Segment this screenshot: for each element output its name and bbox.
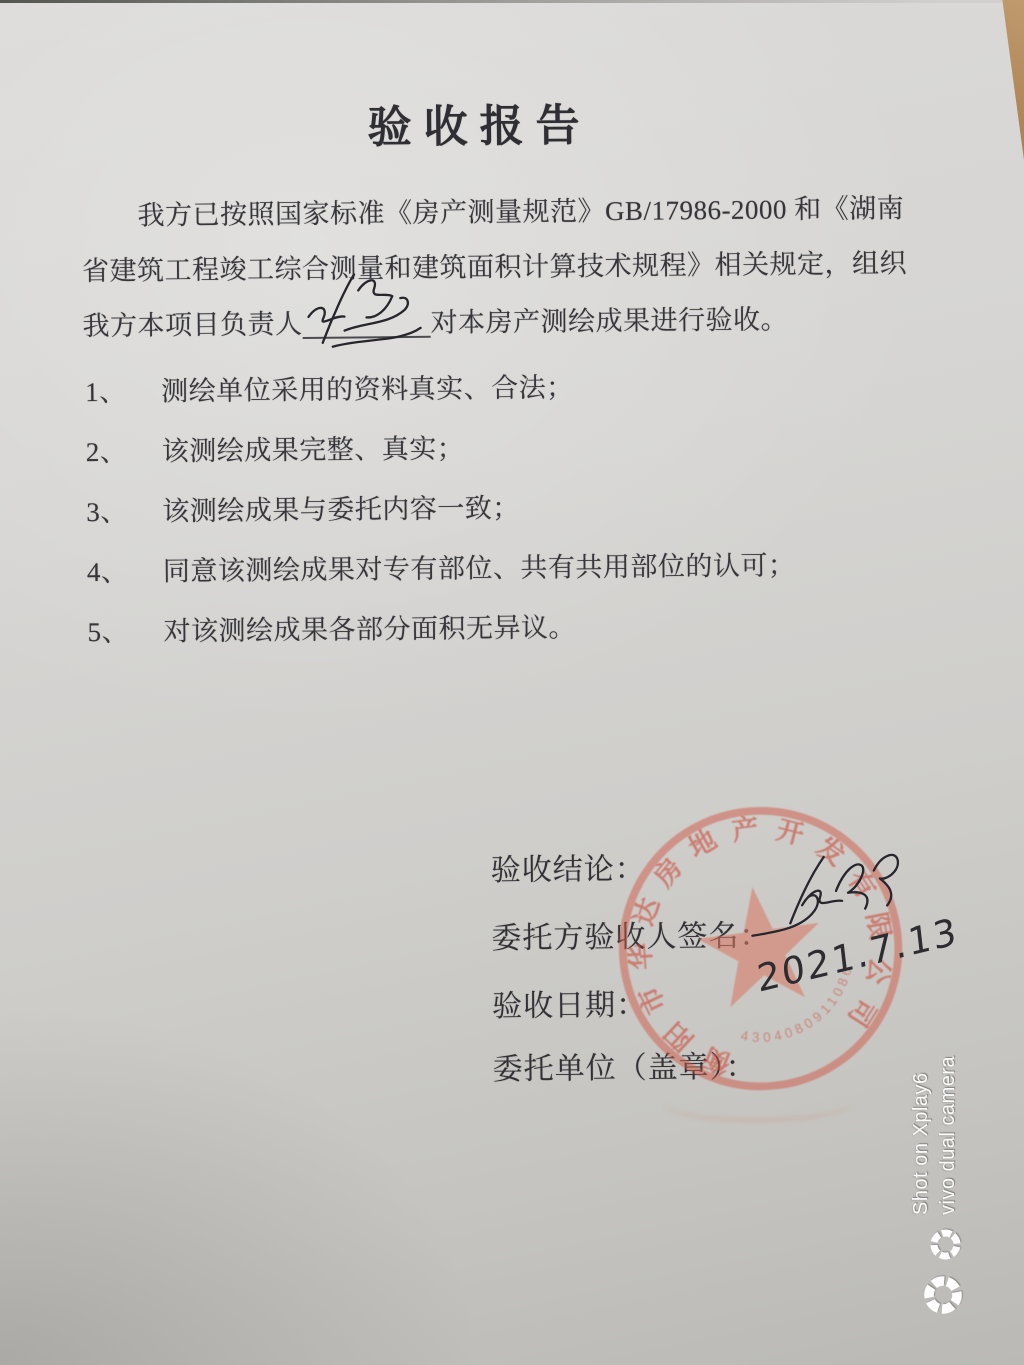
- list-item-4-number: 4、: [87, 549, 163, 589]
- watermark-line-1: Shot on Xplay6: [908, 1056, 935, 1215]
- paragraph-line-3-prefix: 我方本项目负责人: [82, 309, 302, 341]
- list-item-1: 1、测绘单位采用的资料真实、合法；: [85, 362, 925, 409]
- camera-aperture-icon-large: [922, 1274, 964, 1316]
- list-item-1-number: 1、: [85, 369, 161, 409]
- list-item-1-text: 测绘单位采用的资料真实、合法；: [161, 372, 574, 406]
- list-item-3: 3、该测绘成果与委托内容一致；: [86, 482, 926, 529]
- paragraph-line-3-suffix: 对本房产测绘成果进行验收。: [430, 304, 788, 337]
- vivo-watermark: Shot on Xplay6 vivo dual camera: [908, 986, 966, 1316]
- page-title: 验收报告: [0, 86, 965, 159]
- list-item-5-text: 对该测绘成果各部分面积无异议。: [163, 612, 576, 646]
- paragraph-line-2: 省建筑工程竣工综合测量和建筑面积计算技术规程》相关规定，组织: [82, 241, 912, 288]
- paragraph-line-1: 我方已按照国家标准《房产测量规范》GB/17986-2000 和《湖南: [81, 186, 911, 233]
- list-item-2: 2、该测绘成果完整、真实；: [86, 422, 926, 469]
- list-item-5-number: 5、: [87, 609, 163, 649]
- list-item-4: 4、同意该测绘成果对专有部位、共有共用部位的认可；: [87, 542, 927, 589]
- list-item-2-text: 该测绘成果完整、真实；: [162, 433, 465, 466]
- list-item-3-text: 该测绘成果与委托内容一致；: [162, 493, 520, 526]
- stamp-ghost-smudge: [664, 1082, 854, 1124]
- watermark-line-2: vivo dual camera: [935, 1056, 962, 1215]
- camera-aperture-icon-small: [928, 1227, 963, 1262]
- list-item-5: 5、对该测绘成果各部分面积无异议。: [87, 602, 927, 649]
- paragraph-line-3: 我方本项目负责人 对本房产测绘成果进行验收。: [82, 296, 912, 343]
- acceptance-report-document: 验收报告 我方已按照国家标准《房产测量规范》GB/17986-2000 和《湖南…: [0, 0, 1024, 1365]
- list-item-4-text: 同意该测绘成果对专有部位、共有共用部位的认可；: [163, 550, 796, 586]
- responsible-person-signature-line: [302, 308, 430, 339]
- list-item-3-number: 3、: [86, 489, 162, 529]
- list-item-2-number: 2、: [86, 429, 162, 469]
